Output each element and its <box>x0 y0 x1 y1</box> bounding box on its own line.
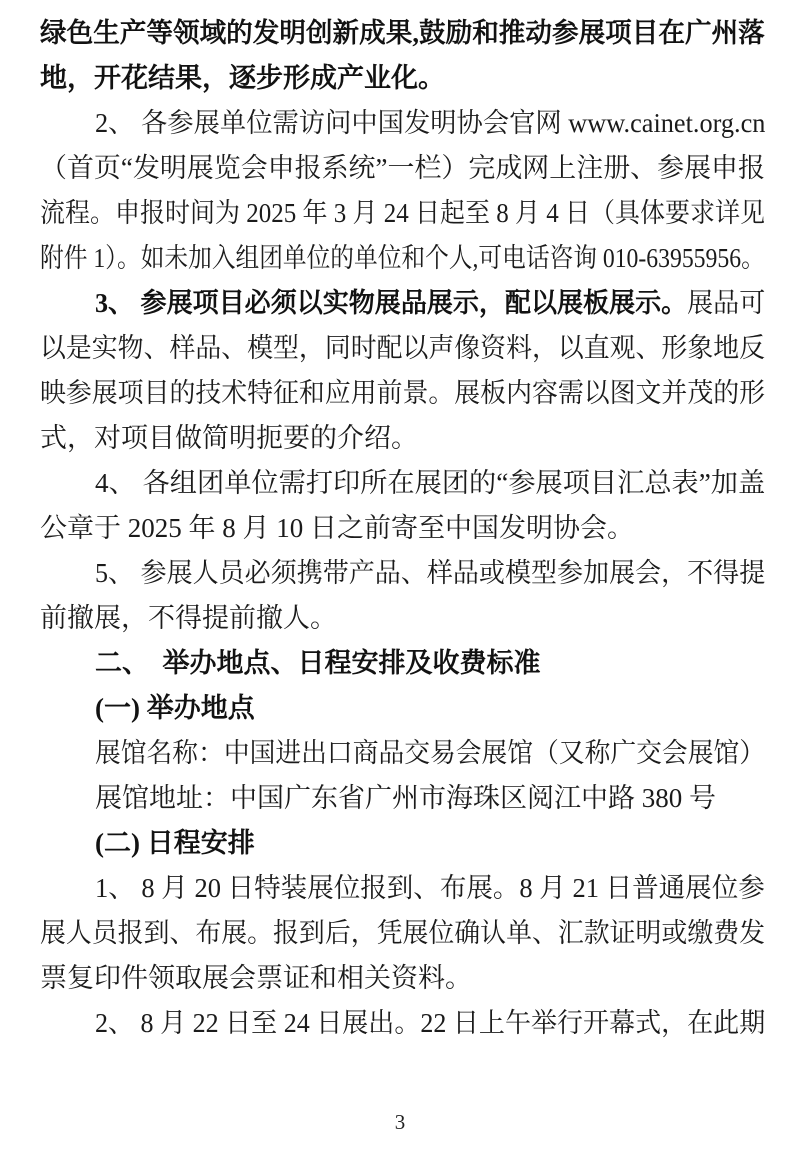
document-page: 绿色生产等领域的发明创新成果,鼓励和推动参展项目在广州落 地，开花结果，逐步形成… <box>0 0 800 1157</box>
doc-line: 流程。申报时间为 2025 年 3 月 24 日起至 8 月 4 日（具体要求详… <box>40 191 765 236</box>
page-content: 绿色生产等领域的发明创新成果,鼓励和推动参展项目在广州落 地，开花结果，逐步形成… <box>0 0 800 1046</box>
regular-run: 展品可 <box>687 288 765 318</box>
bold-run: 3、 参展项目必须以实物展品展示，配以展板展示。 <box>95 288 687 318</box>
doc-line: 4、 各组团单位需打印所在展团的“参展项目汇总表”加盖 <box>40 461 765 506</box>
section-heading: 二、 举办地点、日程安排及收费标准 <box>40 641 765 686</box>
doc-line: 1、 8 月 20 日特装展位报到、布展。8 月 21 日普通展位参 <box>40 866 765 911</box>
doc-line: 展馆名称：中国进出口商品交易会展馆（又称广交会展馆） <box>40 731 765 776</box>
doc-line: 绿色生产等领域的发明创新成果,鼓励和推动参展项目在广州落 <box>40 11 765 56</box>
subsection-heading: (一) 举办地点 <box>40 686 765 731</box>
doc-line: 以是实物、样品、模型，同时配以声像资料，以直观、形象地反 <box>40 326 765 371</box>
doc-line: 2、 8 月 22 日至 24 日展出。22 日上午举行开幕式，在此期 <box>40 1001 765 1046</box>
doc-line: 附件 1）。如未加入组团单位的单位和个人,可电话咨询 010-63955956。 <box>40 236 765 281</box>
doc-line: （首页“发明展览会申报系统”一栏）完成网上注册、参展申报 <box>40 146 765 191</box>
doc-line: 3、 参展项目必须以实物展品展示，配以展板展示。展品可 <box>40 281 765 326</box>
doc-line: 票复印件领取展会票证和相关资料。 <box>40 956 765 1001</box>
doc-line: 公章于 2025 年 8 月 10 日之前寄至中国发明协会。 <box>40 506 765 551</box>
doc-line: 映参展项目的技术特征和应用前景。展板内容需以图文并茂的形 <box>40 371 765 416</box>
doc-line: 5、 参展人员必须携带产品、样品或模型参加展会，不得提 <box>40 551 765 596</box>
doc-line: 前撤展，不得提前撤人。 <box>40 596 765 641</box>
doc-line: 展馆地址：中国广东省广州市海珠区阅江中路 380 号 <box>40 776 765 821</box>
doc-line: 地，开花结果，逐步形成产业化。 <box>40 56 765 101</box>
doc-line: 2、 各参展单位需访问中国发明协会官网 www.cainet.org.cn <box>40 101 765 146</box>
doc-line: 式，对项目做简明扼要的介绍。 <box>40 416 765 461</box>
subsection-heading: (二) 日程安排 <box>40 821 765 866</box>
page-number: 3 <box>0 1110 800 1135</box>
doc-line: 展人员报到、布展。报到后，凭展位确认单、汇款证明或缴费发 <box>40 911 765 956</box>
